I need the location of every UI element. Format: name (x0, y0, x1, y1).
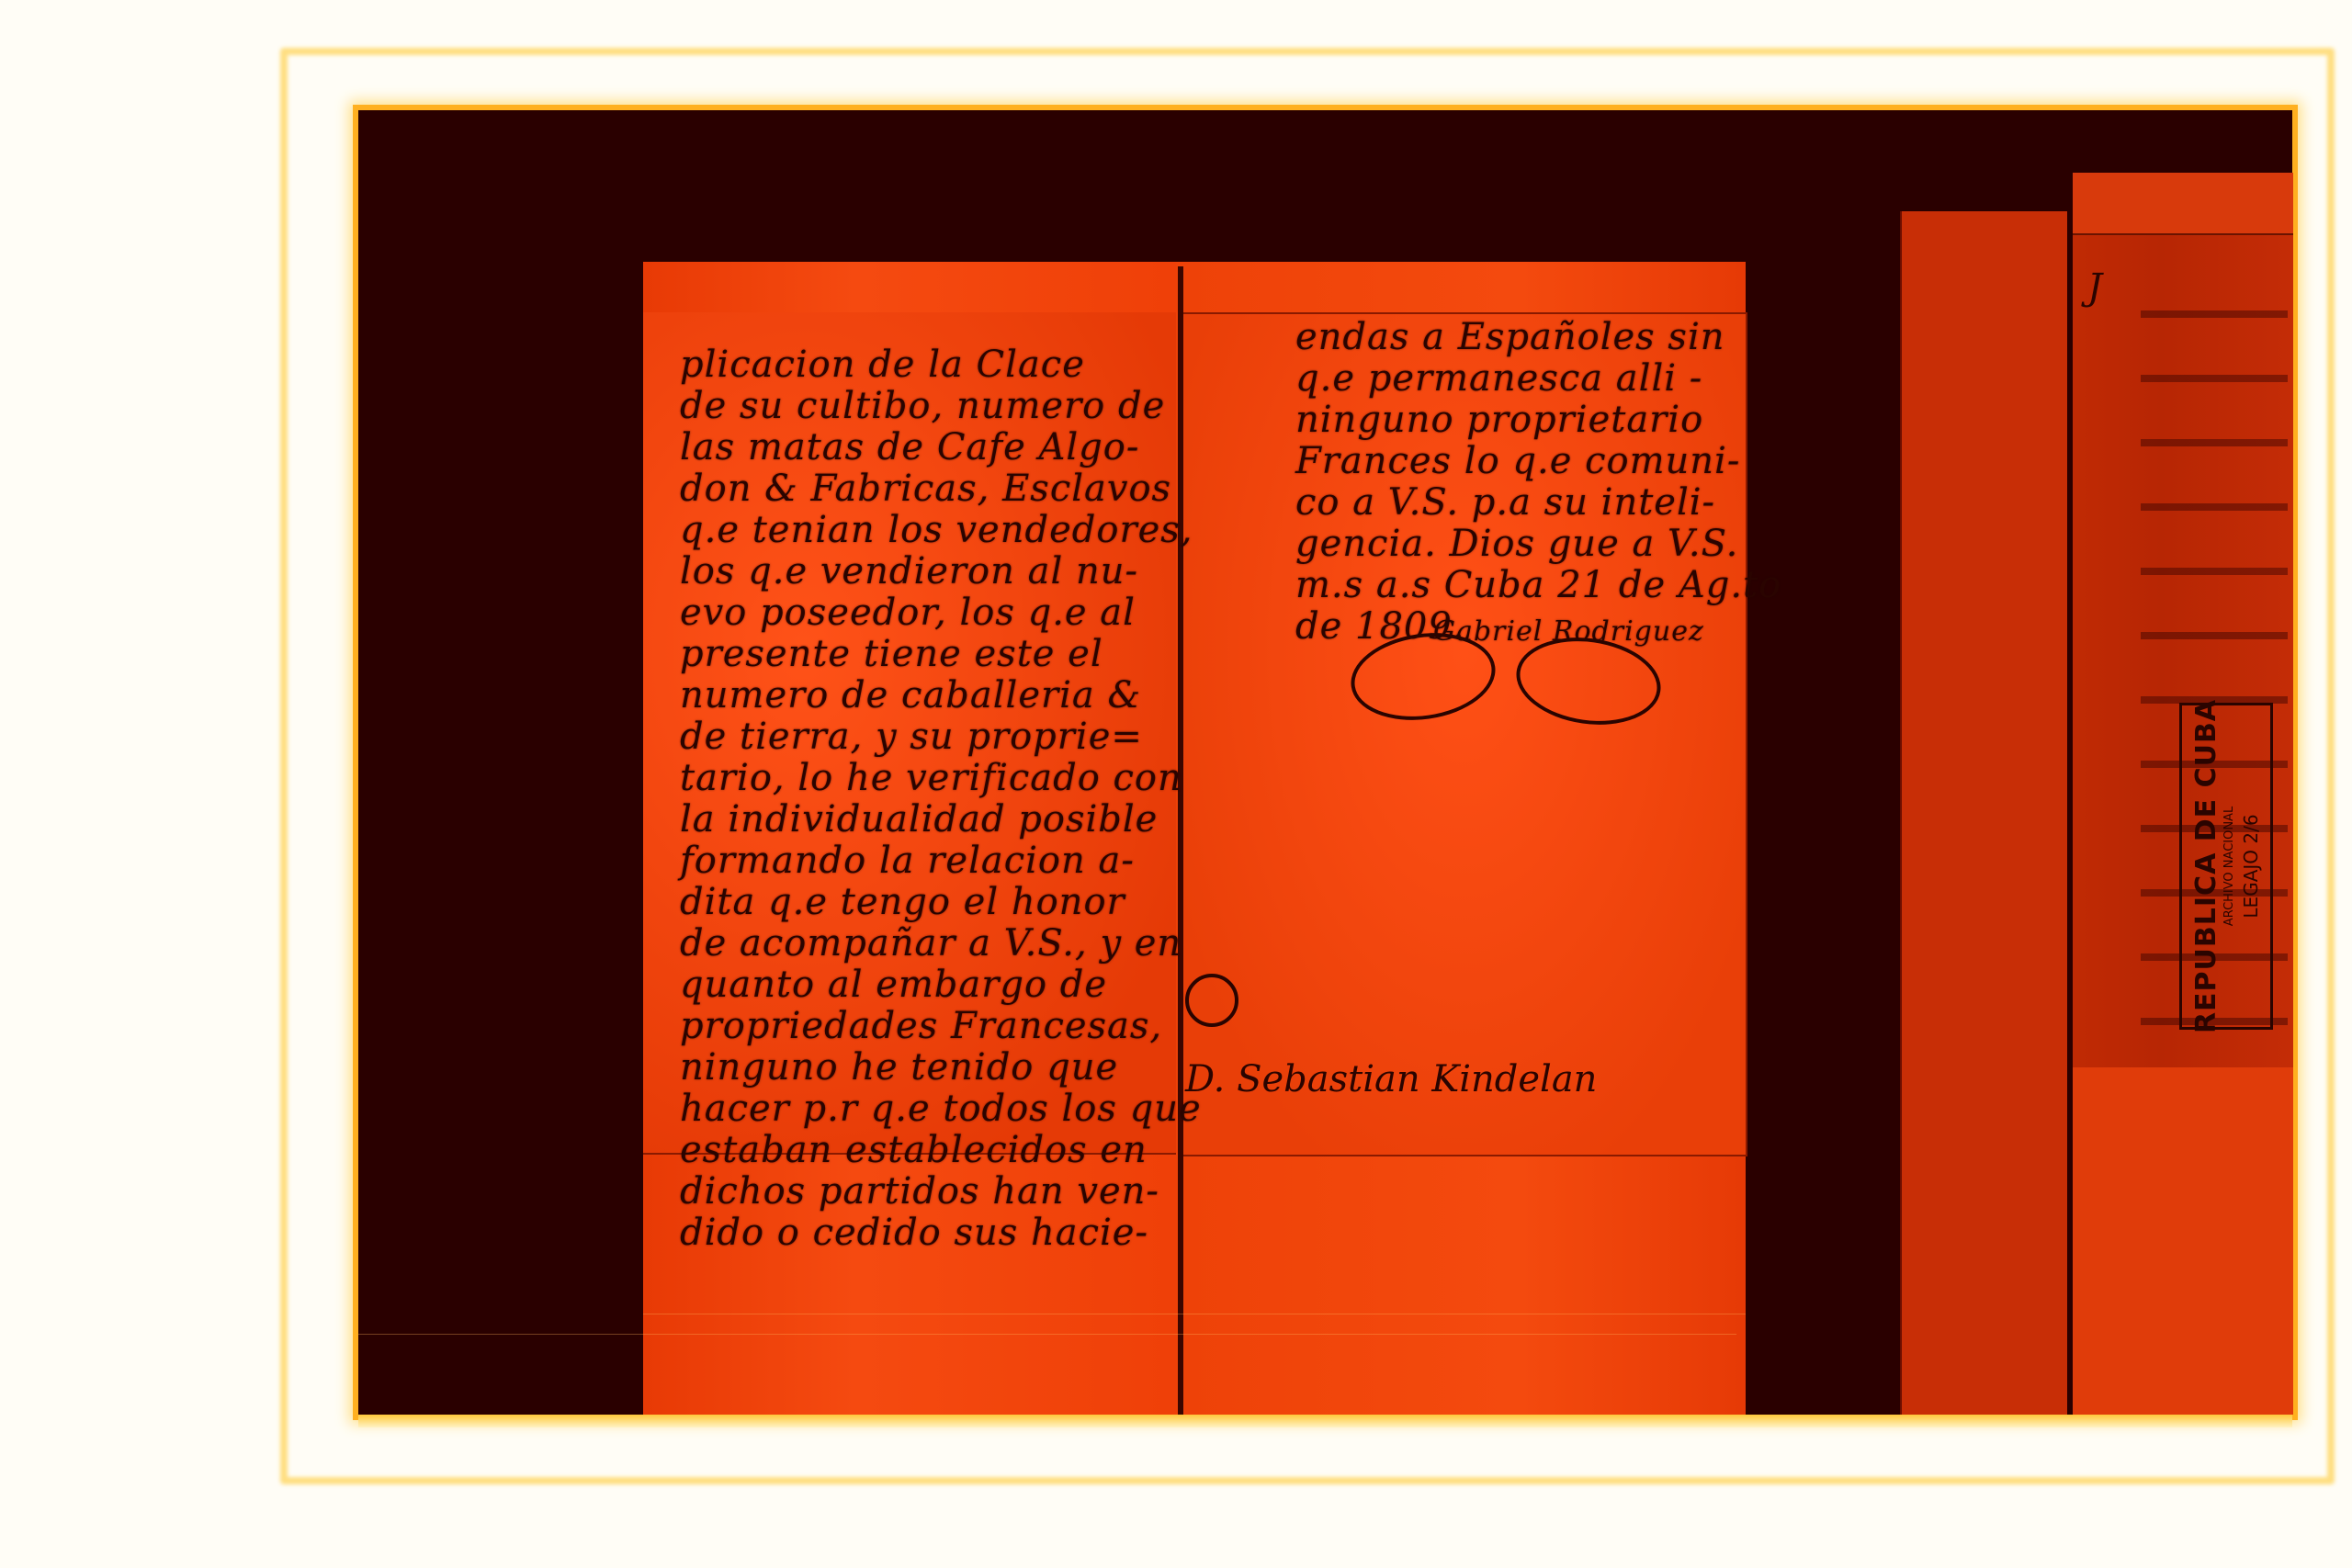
manuscript-line: Frances lo q.e comuni- (1295, 441, 1781, 482)
stamp-title: REPUBLICA DE CUBA (2190, 699, 2222, 1033)
manuscript-line: dichos partidos han ven- (680, 1171, 1202, 1213)
manuscript-line: formando la relacion a- (680, 840, 1202, 882)
manuscript-line: dita q.e tengo el honor (680, 882, 1202, 923)
manuscript-line: la individualidad posible (680, 799, 1202, 840)
manuscript-line: de su cultibo, numero de (680, 386, 1202, 427)
manuscript-line: endas a Españoles sin (1295, 317, 1781, 358)
manuscript-line: ninguno he tenido que (680, 1047, 1202, 1089)
manuscript-line: los q.e vendieron al nu- (680, 551, 1202, 592)
manuscript-line: estaban establecidos en (680, 1130, 1202, 1171)
right-page-text: endas a Españoles sinq.e permanesca alli… (1295, 317, 1781, 648)
manuscript-line: quanto al embargo de (680, 964, 1202, 1006)
manuscript-line: don & Fabricas, Esclavos (680, 468, 1202, 510)
manuscript-line: de acompañar a V.S., y en (680, 923, 1202, 964)
film-edge (358, 1415, 2292, 1427)
folio-mark (1185, 974, 1238, 1027)
adjacent-document-top (2073, 173, 2293, 235)
manuscript-line: las matas de Cafe Algo- (680, 427, 1202, 468)
manuscript-line: numero de caballeria & (680, 675, 1202, 716)
manuscript-line: propriedades Francesas, (680, 1006, 1202, 1047)
manuscript-line: ninguno proprietario (1295, 400, 1781, 441)
left-page-text: plicacion de la Clacede su cultibo, nume… (680, 344, 1202, 1254)
manuscript-line: dido o cedido sus hacie- (680, 1213, 1202, 1254)
film-scratch (643, 1314, 1746, 1314)
manuscript-line: evo poseedor, los q.e al (680, 592, 1202, 634)
manuscript-line: de tierra, y su proprie= (680, 716, 1202, 758)
film-scratch (358, 1334, 1736, 1335)
manuscript-line: plicacion de la Clace (680, 344, 1202, 386)
addressee: D. Sebastian Kindelan (1185, 1058, 1597, 1100)
manuscript-line: gencia. Dios gue a V.S. (1295, 524, 1781, 565)
manuscript-line: q.e permanesca alli - (1295, 358, 1781, 400)
manuscript-line: presente tiene este el (680, 634, 1202, 675)
manuscript-line: tario, lo he verificado con (680, 758, 1202, 799)
manuscript-line: hacer p.r q.e todos los que (680, 1089, 1202, 1130)
adjacent-document-bottom (2073, 1067, 2293, 1415)
stamp-subtitle: ARCHIVO NACIONAL (2222, 699, 2236, 1033)
adjacent-leaf (1900, 211, 2067, 1415)
archive-mark: J (2087, 266, 2102, 309)
archive-stamp: REPUBLICA DE CUBA ARCHIVO NACIONAL LEGAJ… (2179, 703, 2273, 1030)
manuscript-line: q.e tenian los vendedores, (680, 510, 1202, 551)
manuscript-line: co a V.S. p.a su inteli- (1295, 482, 1781, 524)
stamp-legajo: LEGAJO 2/6 (2240, 699, 2262, 1033)
manuscript-line: m.s a.s Cuba 21 de Ag.to (1295, 565, 1781, 606)
